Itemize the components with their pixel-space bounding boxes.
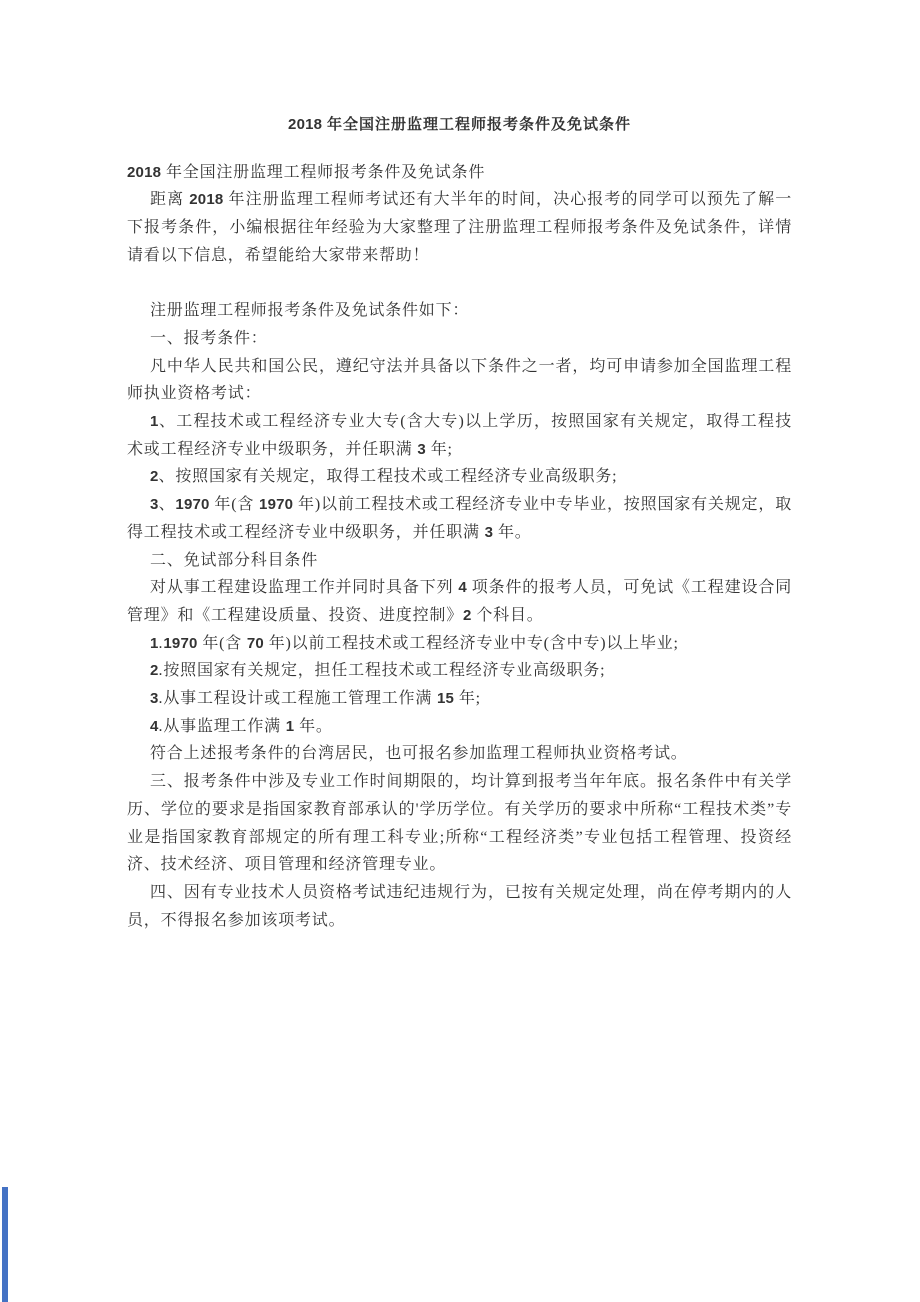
paragraph: 3.从事工程设计或工程施工管理工作满 15 年; [127,685,792,713]
document-page: { "document": { "title": "2018 年全国注册监理工程… [0,0,920,1302]
paragraph: 4.从事监理工作满 1 年。 [127,713,792,741]
paragraph: 一、报考条件： [127,325,792,353]
blank-line [127,270,792,298]
paragraph: 三、报考条件中涉及专业工作时间期限的，均计算到报考当年年底。报名条件中有关学历、… [127,768,792,879]
paragraph: 凡中华人民共和国公民，遵纪守法并具备以下条件之一者，均可申请参加全国监理工程师执… [127,353,792,408]
paragraph: 2.按照国家有关规定，担任工程技术或工程经济专业高级职务; [127,657,792,685]
paragraph: 四、因有专业技术人员资格考试违纪违规行为，已按有关规定处理，尚在停考期内的人员，… [127,879,792,934]
paragraph: 对从事工程建设监理工作并同时具备下列 4 项条件的报考人员，可免试《工程建设合同… [127,574,792,629]
paragraph: 二、免试部分科目条件 [127,547,792,575]
paragraph: 注册监理工程师报考条件及免试条件如下： [127,297,792,325]
paragraph: 3、1970 年(含 1970 年)以前工程技术或工程经济专业中专毕业，按照国家… [127,491,792,546]
paragraph: 符合上述报考条件的台湾居民，也可报名参加监理工程师执业资格考试。 [127,740,792,768]
paragraph: 1、工程技术或工程经济专业大专(含大专)以上学历，按照国家有关规定，取得工程技术… [127,408,792,463]
left-edge-accent-bar [2,1187,8,1302]
paragraph: 2、按照国家有关规定，取得工程技术或工程经济专业高级职务; [127,463,792,491]
document-content: 2018 年全国注册监理工程师报考条件及免试条件 2018 年全国注册监理工程师… [0,0,920,934]
paragraph-list: 2018 年全国注册监理工程师报考条件及免试条件距离 2018 年注册监理工程师… [127,159,792,935]
paragraph: 距离 2018 年注册监理工程师考试还有大半年的时间，决心报考的同学可以预先了解… [127,186,792,269]
document-title: 2018 年全国注册监理工程师报考条件及免试条件 [127,111,792,140]
paragraph: 2018 年全国注册监理工程师报考条件及免试条件 [127,159,792,187]
paragraph: 1.1970 年(含 70 年)以前工程技术或工程经济专业中专(含中专)以上毕业… [127,630,792,658]
